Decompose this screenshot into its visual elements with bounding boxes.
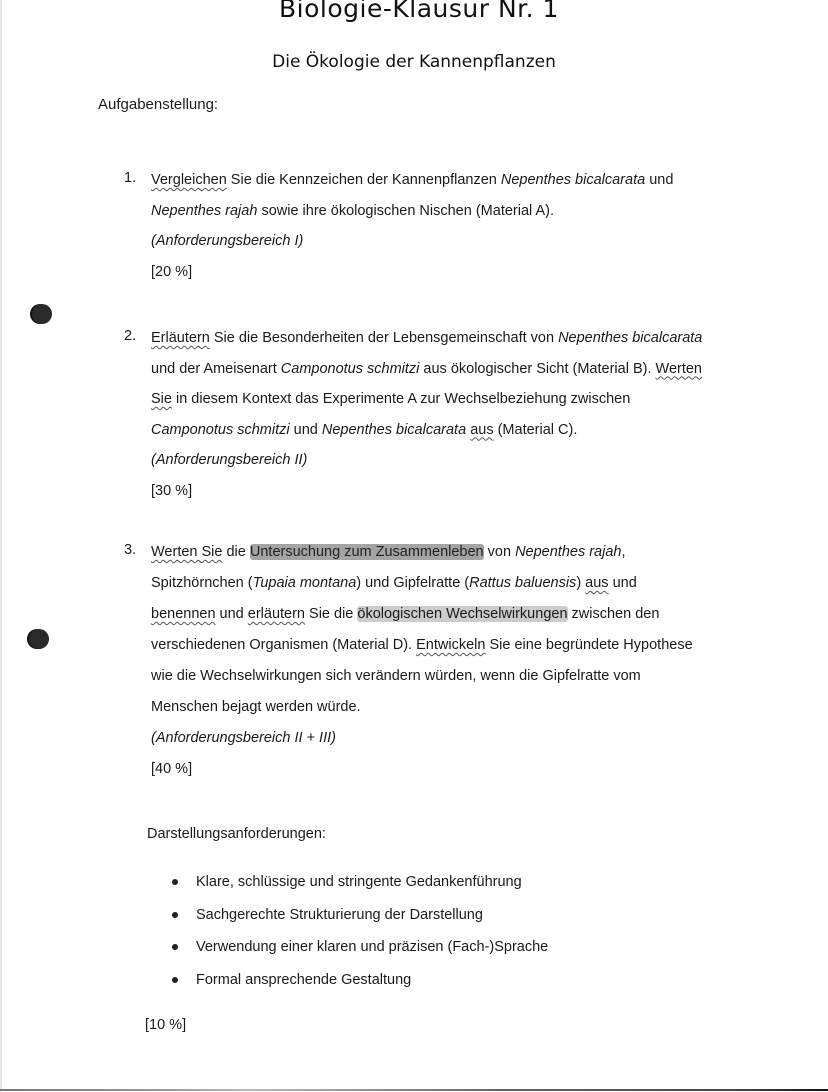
requirement-level: (Anforderungsbereich I) xyxy=(151,231,751,262)
task-body: Erläutern Sie die Besonderheiten der Leb… xyxy=(151,328,751,511)
task-text-line: verschiedenen Organismen (Material D). E… xyxy=(151,635,751,666)
bullet-icon xyxy=(172,912,178,918)
list-item: Sachgerechte Strukturierung der Darstell… xyxy=(170,905,548,938)
task-text-line: Sie in diesem Kontext das Experimente A … xyxy=(151,389,751,420)
task-text-line: Menschen bejagt werden würde. xyxy=(151,697,751,728)
task-number: 1. xyxy=(124,170,136,186)
list-item: Verwendung einer klaren und präzisen (Fa… xyxy=(170,937,548,970)
presentation-weight: [10 %] xyxy=(145,1017,186,1033)
task-text-line: Nepenthes rajah sowie ihre ökologischen … xyxy=(151,201,751,232)
task-body: Werten Sie die Untersuchung zum Zusammen… xyxy=(151,542,751,790)
exam-subtitle: Die Ökologie der Kannenpflanzen xyxy=(0,52,828,72)
task-text-line: wie die Wechselwirkungen sich verändern … xyxy=(151,666,751,697)
task-text-line: Vergleichen Sie die Kennzeichen der Kann… xyxy=(151,170,751,201)
exam-page: Biologie-Klausur Nr. 1 Die Ökologie der … xyxy=(0,0,828,1092)
task-text-line: Erläutern Sie die Besonderheiten der Leb… xyxy=(151,328,751,359)
requirement-level: (Anforderungsbereich II + III) xyxy=(151,728,751,759)
bullet-icon xyxy=(172,879,178,885)
task-weight: [40 %] xyxy=(151,759,751,790)
task-weight: [30 %] xyxy=(151,481,751,512)
task-text-line: Spitzhörnchen (Tupaia montana) und Gipfe… xyxy=(151,573,751,604)
punch-hole-icon xyxy=(29,629,49,649)
task-weight: [20 %] xyxy=(151,262,751,293)
task-body: Vergleichen Sie die Kennzeichen der Kann… xyxy=(151,170,751,292)
section-label-tasks: Aufgabenstellung: xyxy=(98,96,218,113)
list-item: Klare, schlüssige und stringente Gedanke… xyxy=(170,872,548,905)
punch-hole-icon xyxy=(32,304,52,324)
presentation-requirements-label: Darstellungsanforderungen: xyxy=(147,826,326,842)
list-item: Formal ansprechende Gestaltung xyxy=(170,970,548,1003)
task-number: 3. xyxy=(124,542,136,558)
bullet-icon xyxy=(172,944,178,950)
task-text-line: Camponotus schmitzi und Nepenthes bicalc… xyxy=(151,420,751,451)
task-number: 2. xyxy=(124,328,136,344)
bullet-icon xyxy=(172,977,178,983)
presentation-requirements-list: Klare, schlüssige und stringente Gedanke… xyxy=(170,872,548,1002)
paper-bottom-edge xyxy=(0,1089,828,1091)
paper-left-edge xyxy=(0,0,2,1092)
exam-title: Biologie-Klausur Nr. 1 xyxy=(0,0,828,23)
task-text-line: und der Ameisenart Camponotus schmitzi a… xyxy=(151,359,751,390)
task-text-line: benennen und erläutern Sie die ökologisc… xyxy=(151,604,751,635)
task-text-line: Werten Sie die Untersuchung zum Zusammen… xyxy=(151,542,751,573)
requirement-level: (Anforderungsbereich II) xyxy=(151,450,751,481)
